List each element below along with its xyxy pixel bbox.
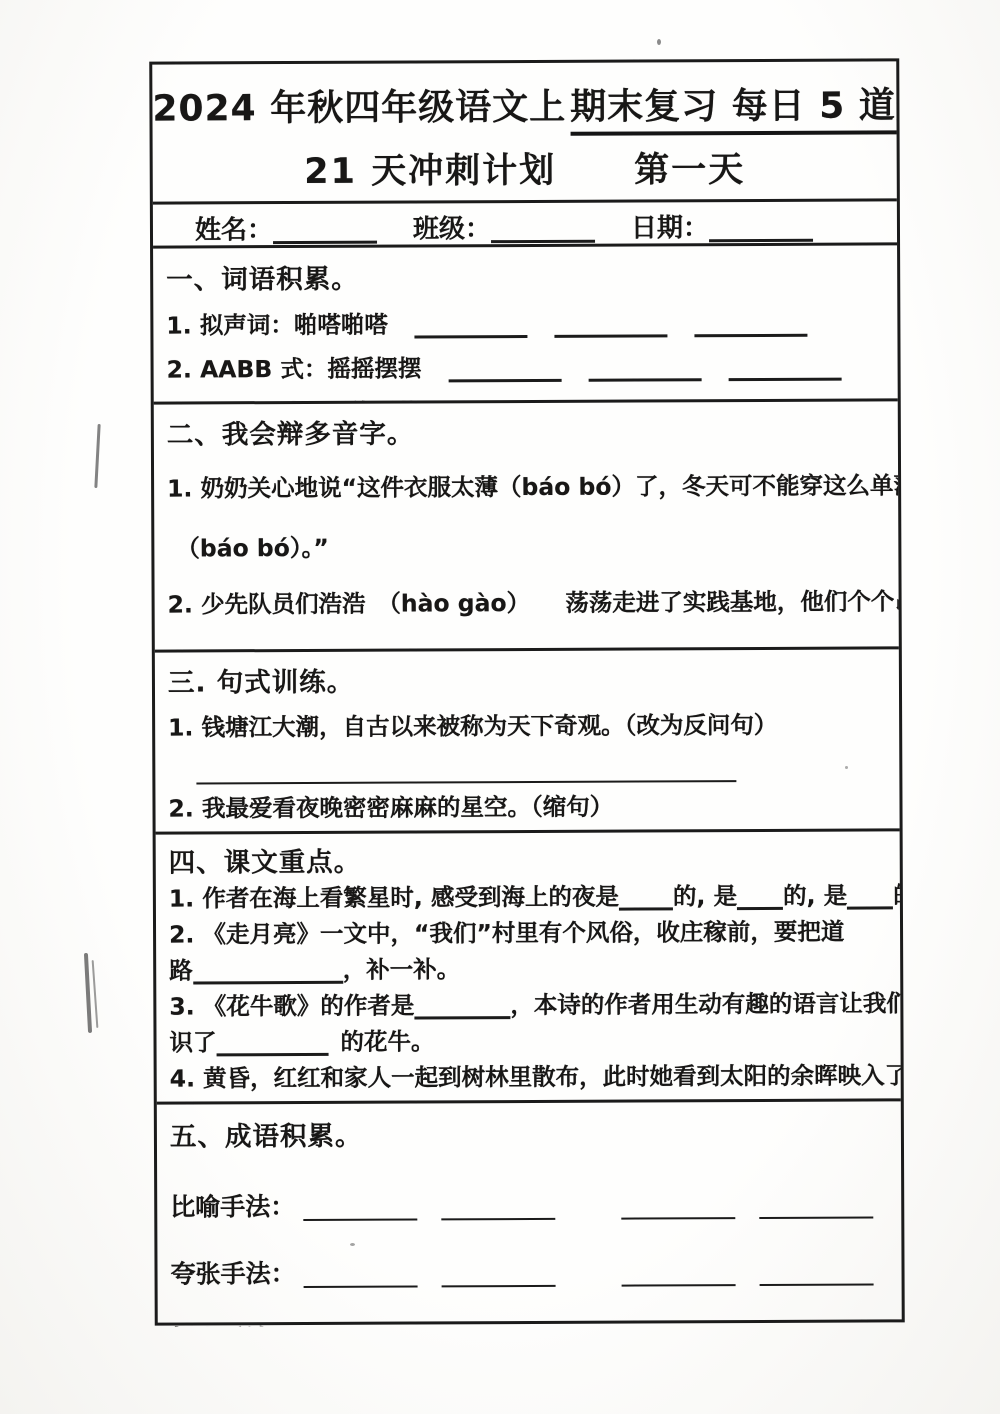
item-text: 1. 拟声词：啪嗒啪嗒 [166, 311, 388, 340]
metaphor-idiom-row: 比喻手法： [170, 1184, 891, 1223]
polyphonic-item-1-line-2: （báo bó）。” [167, 526, 888, 563]
item-text: 1. 作者在海上看繁星时, 感受到海上的夜是 [169, 883, 619, 913]
student-info-row: 姓名： 班级： 日期： [153, 201, 897, 248]
answer-blank [621, 1204, 735, 1219]
section-1-heading: 一、词语积累。 [166, 254, 887, 296]
aabb-item: 2. AABB 式：摇摇摆摆 [167, 347, 888, 384]
answer-blank [847, 894, 893, 909]
answer-blank [217, 1041, 329, 1056]
section-sentence-training: 三. 句式训练。 1. 钱塘江大潮，自古以来被称为天下奇观。（改为反问句） 2.… [155, 649, 900, 834]
sentence-answer-line [196, 753, 889, 780]
scan-artifact-dot [657, 39, 661, 45]
worksheet-frame: 2024 年秋四年级语文上期末复习 每日 5 道题 21 天冲刺计划第一天 姓名… [149, 58, 905, 1325]
answer-blank [619, 895, 673, 910]
item-text: 路 [169, 956, 193, 984]
answer-blank [193, 969, 343, 985]
worksheet-title-line2: 21 天冲刺计划第一天 [153, 141, 897, 194]
sentence-item-2: 2. 我最爱看夜晚密密麻麻的星空。（缩句） [168, 786, 889, 823]
keypoint-item-3-line-2: 识了的花牛。 [169, 1023, 890, 1059]
date-blank [709, 227, 813, 242]
scan-artifact-stroke [84, 953, 92, 1033]
item-text: 识了 [169, 1028, 216, 1056]
item-text: 的, 是 [783, 882, 847, 910]
item-text: 2. AABB 式：摇摇摆摆 [167, 354, 422, 383]
personification-idiom-row: 拟人手法： [171, 1316, 892, 1326]
answer-blank [760, 1270, 874, 1285]
item-text: 的, 是 [673, 882, 737, 910]
answer-blank [737, 895, 783, 910]
answer-blank [728, 366, 841, 381]
date-label: 日期： [631, 213, 709, 243]
section-word-accumulation: 一、词语积累。 1. 拟声词：啪嗒啪嗒 2. AABB 式：摇摇摆摆 3. AB… [153, 245, 898, 404]
item-text: ，本诗的作者用生动有趣的语言让我们认 [510, 989, 901, 1019]
title-plain-text: 2024 年秋四年级语文上 [152, 87, 566, 130]
answer-blank [588, 366, 701, 381]
keypoint-item-1: 1. 作者在海上看繁星时, 感受到海上的夜是的, 是的, 是的 。 [169, 879, 890, 915]
name-blank [273, 229, 377, 244]
keypoint-item-3-line-1: 3. 《花牛歌》的作者是，本诗的作者用生动有趣的语言让我们认 [169, 987, 890, 1023]
section-4-heading: 四、课文重点。 [169, 837, 890, 879]
class-label: 班级： [413, 214, 491, 244]
answer-blank [442, 1272, 556, 1287]
title-underlined-text: 期末复习 每日 5 道题 [570, 85, 897, 136]
sentence-item-1: 1. 钱塘江大潮，自古以来被称为天下奇观。（改为反问句） [168, 705, 889, 742]
keypoint-item-4-line-1: 4. 黄昏，红红和家人一起到树林里散布，此时她看到太阳的余晖映入了深 [170, 1059, 891, 1095]
answer-blank [414, 1004, 510, 1019]
scan-artifact-stroke [94, 424, 100, 488]
row-label: 拟人手法： [171, 1324, 296, 1327]
row-label: 比喻手法： [170, 1192, 295, 1222]
name-field: 姓名： [195, 209, 377, 246]
polyphonic-item-1-line-1: 1. 奶奶关心地说“这件衣服太薄（báo bó）了，冬天可不能穿这么单薄 [167, 466, 888, 503]
answer-blank [555, 322, 668, 337]
worksheet-title-line1: 2024 年秋四年级语文上期末复习 每日 5 道题 [152, 77, 896, 131]
section-polyphonic-characters: 二、我会辩多音字。 1. 奶奶关心地说“这件衣服太薄（báo bó）了，冬天可不… [154, 401, 899, 652]
plan-title-text: 21 天冲刺计划 [304, 151, 556, 192]
answer-blank [304, 1272, 418, 1287]
title-block: 2024 年秋四年级语文上期末复习 每日 5 道题 21 天冲刺计划第一天 [152, 61, 897, 204]
section-3-heading: 三. 句式训练。 [168, 657, 889, 699]
answer-blank [622, 1271, 736, 1286]
date-field: 日期： [631, 207, 813, 244]
answer-blank [441, 1205, 555, 1220]
answer-blank [196, 767, 736, 784]
class-field: 班级： [413, 208, 595, 245]
item-text: 3. 《花牛歌》的作者是 [169, 991, 414, 1020]
answer-blank [759, 1203, 873, 1218]
scan-artifact-stroke [92, 960, 99, 1028]
keypoint-item-2-line-2: 路，补一补。 [169, 951, 890, 987]
answer-blank [303, 1205, 417, 1220]
keypoint-item-2-line-1: 2. 《走月亮》一文中，“我们”村里有个风俗，收庄稼前，要把道 [169, 915, 890, 951]
section-text-key-points: 四、课文重点。 1. 作者在海上看繁星时, 感受到海上的夜是的, 是的, 是的 … [156, 831, 901, 1104]
item-text: 的花牛。 [340, 1027, 434, 1055]
item-text: 的 。 [893, 881, 901, 909]
answer-blank [695, 322, 808, 337]
hyperbole-idiom-row: 夸张手法： [170, 1251, 891, 1290]
row-label: 夸张手法： [170, 1259, 295, 1289]
section-5-heading: 五、成语积累。 [170, 1111, 891, 1153]
section-2-heading: 二、我会辩多音字。 [167, 409, 888, 451]
day-number-text: 第一天 [634, 150, 745, 190]
item-text: ，补一补。 [343, 955, 461, 984]
name-label: 姓名： [195, 215, 273, 245]
section-idiom-accumulation: 五、成语积累。 比喻手法： 夸张手法： 拟人手法： [157, 1101, 902, 1326]
answer-blank [448, 367, 561, 382]
onomatopoeia-item: 1. 拟声词：啪嗒啪嗒 [166, 303, 887, 340]
polyphonic-item-2-line-1: 2. 少先队员们浩浩 （hào gào） 荡荡走进了实践基地，他们个个昂 [168, 582, 889, 619]
worksheet-page: 2024 年秋四年级语文上期末复习 每日 5 道题 21 天冲刺计划第一天 姓名… [0, 0, 1000, 1414]
class-blank [491, 228, 595, 243]
answer-blank [415, 323, 528, 338]
